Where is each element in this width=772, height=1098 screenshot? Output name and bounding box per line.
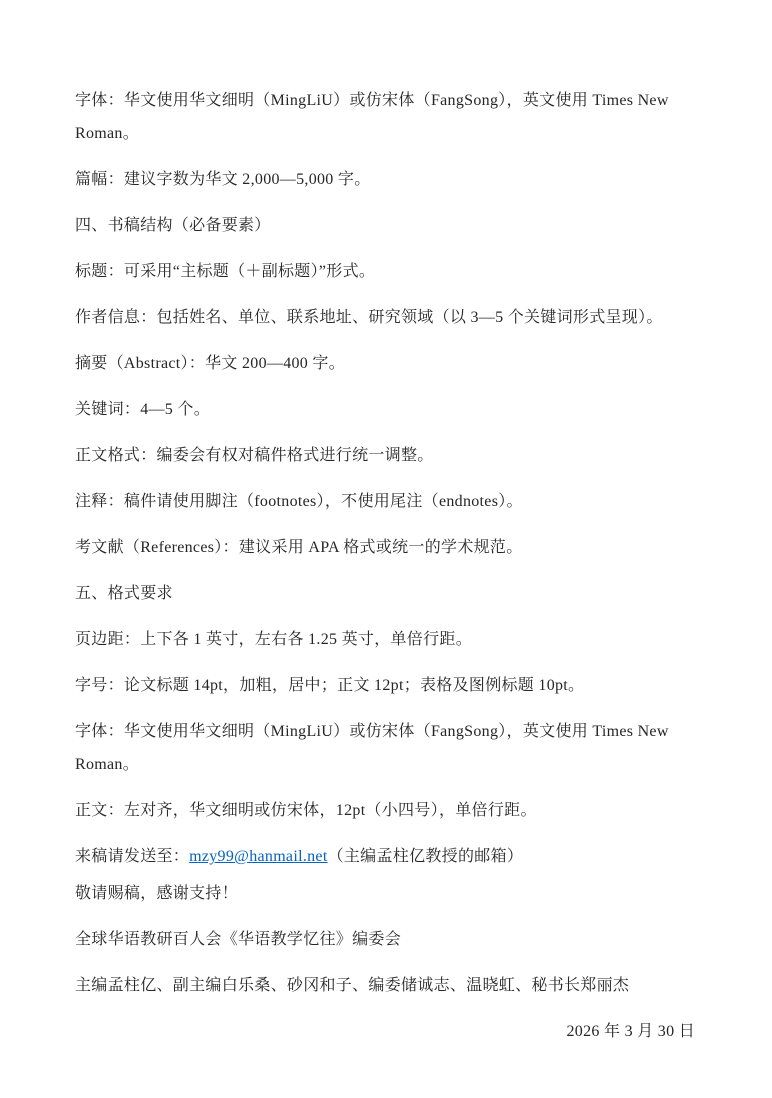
submission-suffix: （主编孟柱亿教授的邮箱）	[328, 848, 524, 865]
font-spec-paragraph-bottom: 字体：华文使用华文细明（MingLiU）或仿宋体（FangSong），英文使用 …	[75, 715, 695, 781]
author-info-paragraph: 作者信息：包括姓名、单位、联系地址、研究领域（以 3—5 个关键词形式呈现）。	[75, 301, 695, 334]
submission-paragraph: 来稿请发送至：mzy99@hanmail.net（主编孟柱亿教授的邮箱）	[75, 840, 695, 873]
submission-email-link[interactable]: mzy99@hanmail.net	[189, 848, 327, 865]
notes-item-paragraph: 注释：稿件请使用脚注（footnotes），不使用尾注（endnotes）。	[75, 485, 695, 518]
font-spec-bottom-line2: Roman。	[75, 756, 139, 773]
editors-paragraph: 主编孟柱亿、副主编白乐桑、砂冈和子、编委储诚志、温晓虹、秘书长郑丽杰	[75, 969, 695, 1002]
font-spec-paragraph-top: 字体：华文使用华文细明（MingLiU）或仿宋体（FangSong），英文使用 …	[75, 84, 695, 150]
submission-prefix: 来稿请发送至：	[75, 848, 189, 865]
title-item-paragraph: 标题：可采用“主标题（＋副标题）”形式。	[75, 255, 695, 288]
document-page: 字体：华文使用华文细明（MingLiU）或仿宋体（FangSong），英文使用 …	[0, 0, 772, 1098]
font-spec-top-line1: 字体：华文使用华文细明（MingLiU）或仿宋体（FangSong），英文使用 …	[75, 92, 669, 109]
length-spec-paragraph: 篇幅：建议字数为华文 2,000—5,000 字。	[75, 163, 695, 196]
keywords-item-paragraph: 关键词：4—5 个。	[75, 393, 695, 426]
document-body: 字体：华文使用华文细明（MingLiU）或仿宋体（FangSong），英文使用 …	[0, 0, 772, 1048]
font-spec-bottom-line1: 字体：华文使用华文细明（MingLiU）或仿宋体（FangSong），英文使用 …	[75, 723, 669, 740]
references-paragraph: 考文献（References）：建议采用 APA 格式或统一的学术规范。	[75, 531, 695, 564]
thanks-paragraph: 敬请赐稿，感谢支持！	[75, 877, 695, 910]
body-format-paragraph: 正文格式：编委会有权对稿件格式进行统一调整。	[75, 439, 695, 472]
section4-heading: 四、书稿结构（必备要素）	[75, 209, 695, 242]
font-spec-top-line2: Roman。	[75, 125, 139, 142]
font-size-paragraph: 字号：论文标题 14pt，加粗，居中；正文 12pt；表格及图例标题 10pt。	[75, 669, 695, 702]
abstract-item-paragraph: 摘要（Abstract）：华文 200—400 字。	[75, 347, 695, 380]
date-paragraph: 2026 年 3 月 30 日	[75, 1015, 695, 1048]
body-text-paragraph: 正文：左对齐，华文细明或仿宋体，12pt（小四号），单倍行距。	[75, 794, 695, 827]
section5-heading: 五、格式要求	[75, 577, 695, 610]
margins-paragraph: 页边距：上下各 1 英寸，左右各 1.25 英寸，单倍行距。	[75, 623, 695, 656]
committee-paragraph: 全球华语教研百人会《华语教学忆往》编委会	[75, 923, 695, 956]
